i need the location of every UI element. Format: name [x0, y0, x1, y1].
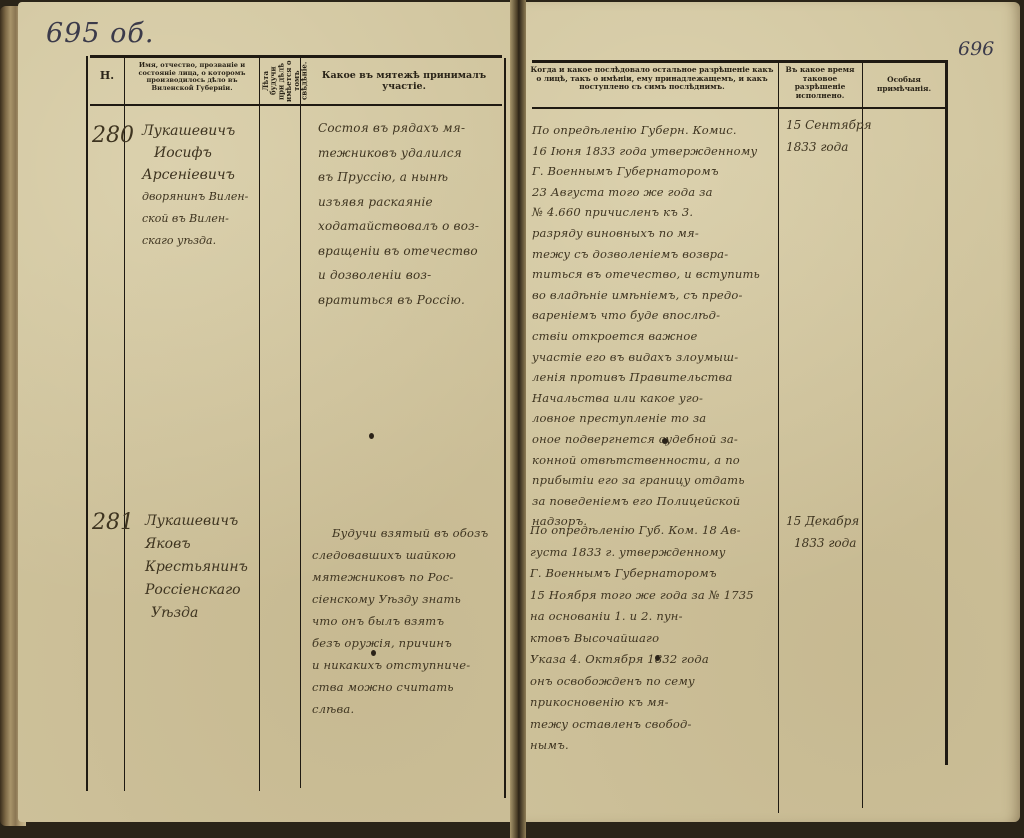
text-line: слѣва.	[312, 698, 488, 720]
header-name: Имя, отчество, прозваніе и состояніе лиц…	[127, 62, 257, 92]
left-border-line	[86, 56, 88, 791]
name-line: Иосифъ	[142, 142, 248, 164]
text-line: тежниковъ удалился	[318, 141, 479, 166]
entry-number: 281	[92, 512, 134, 534]
entry-participation: Будучи взятый въ обозъ следовавшихъ шайк…	[312, 522, 488, 720]
text-line: следовавшихъ шайкою	[312, 544, 488, 566]
text-line: 1833 года	[786, 136, 872, 158]
col-divider-name-years	[259, 58, 260, 791]
name-line: ской въ Вилен-	[142, 208, 248, 230]
name-line: Лукашевичъ	[145, 510, 248, 533]
right-folio-number: 696	[958, 38, 994, 60]
name-line: Крестьянинъ	[145, 556, 248, 579]
left-outer-line	[504, 58, 506, 798]
entry-executed-date: 15 Декабря 1833 года	[786, 510, 859, 554]
text-line: ствіи откроется важное	[532, 326, 760, 347]
book-gutter	[510, 0, 526, 838]
text-line: Начальства или какое уго-	[532, 388, 760, 409]
left-folio-number: 695 об.	[46, 18, 154, 49]
name-line: Арсеніевичъ	[142, 164, 248, 186]
text-line: прикосновенію къ мя-	[530, 692, 754, 714]
name-line: Яковъ	[145, 533, 248, 556]
entry-participation: Состоя въ рядахъ мя- тежниковъ удалился …	[318, 116, 479, 312]
text-line: нымъ.	[530, 735, 754, 757]
text-line: прибытіи его за границу отдать	[532, 470, 760, 491]
name-line: Лукашевичъ	[142, 120, 248, 142]
text-line: разряду виновныхъ по мя-	[532, 223, 760, 244]
text-line: вареніемъ что буде впослѣд-	[532, 305, 760, 326]
text-line: ловное преступленіе то за	[532, 408, 760, 429]
text-line: ленія противъ Правительства	[532, 367, 760, 388]
entry-executed-date: 15 Сентября 1833 года	[786, 114, 872, 158]
right-border-line	[945, 60, 948, 765]
name-line: скаго уѣзда.	[142, 230, 248, 252]
name-line: Уѣзда	[145, 602, 248, 625]
text-line: и дозволеніи воз-	[318, 263, 479, 288]
text-line: 15 Сентября	[786, 114, 872, 136]
text-line: густа 1833 г. утвержденному	[530, 542, 754, 564]
text-line: участіе его въ видахъ злоумыш-	[532, 347, 760, 368]
text-line: № 4.660 причисленъ къ 3.	[532, 202, 760, 223]
text-line: въ Пруссію, а нынѣ	[318, 165, 479, 190]
entry-resolution: По опредѣленію Губ. Ком. 18 Ав- густа 18…	[530, 520, 754, 757]
right-header-bottom-rule	[532, 107, 947, 109]
ledger-spread: 695 об. Н. Имя, отчество, прозваніе и со…	[0, 0, 1024, 838]
text-line: 16 Іюня 1833 года утвержденному	[532, 141, 760, 162]
text-line: 1833 года	[786, 532, 859, 554]
ink-blot	[369, 433, 374, 439]
text-line: и никакихъ отступниче-	[312, 654, 488, 676]
text-line: Будучи взятый въ обозъ	[312, 522, 488, 544]
text-line: Состоя въ рядахъ мя-	[318, 116, 479, 141]
col-divider-exec-remarks	[862, 63, 863, 808]
text-line: изъявя раскаяніе	[318, 190, 479, 215]
text-line: конной отвѣтственности, а по	[532, 450, 760, 471]
text-line: 15 Ноября того же года за № 1735	[530, 585, 754, 607]
header-participation: Какое въ мятежѣ принималъ участіе.	[305, 71, 503, 93]
text-line: ходатайствовалъ о воз-	[318, 214, 479, 239]
text-line: онъ освобожденъ по сему	[530, 671, 754, 693]
text-line: ктовъ Высочайшаго	[530, 628, 754, 650]
name-line: дворянинъ Вилен-	[142, 186, 248, 208]
text-line: 15 Декабря	[786, 510, 859, 532]
text-line: тежу съ дозволеніемъ возвра-	[532, 244, 760, 265]
ink-blot	[655, 655, 660, 661]
entry-resolution: По опредѣленію Губерн. Комис. 16 Іюня 18…	[532, 120, 760, 532]
text-line: вратиться въ Россію.	[318, 288, 479, 313]
text-line: что онъ былъ взятъ	[312, 610, 488, 632]
header-executed: Въ какое время таковое разрѣшеніе исполн…	[780, 66, 860, 100]
name-line: Россіенскаго	[145, 579, 248, 602]
col-divider-res-exec	[778, 63, 779, 813]
text-line: во владѣніе имѣніемъ, съ предо-	[532, 285, 760, 306]
text-line: на основаніи 1. и 2. пун-	[530, 606, 754, 628]
entry-name: Лукашевичъ Яковъ Крестьянинъ Россіенскаг…	[145, 510, 248, 625]
text-line: за поведеніемъ его Полицейской	[532, 491, 760, 512]
text-line: По опредѣленію Губерн. Комис.	[532, 120, 760, 141]
text-line: сіенскому Уѣзду знать	[312, 588, 488, 610]
text-line: мятежниковъ по Рос-	[312, 566, 488, 588]
text-line: Г. Военнымъ Губернаторомъ	[532, 161, 760, 182]
col-divider-no-name	[124, 58, 125, 791]
header-remarks: Особыя примѣчанія.	[864, 76, 944, 93]
text-line: По опредѣленію Губ. Ком. 18 Ав-	[530, 520, 754, 542]
left-header-bottom-rule	[90, 104, 502, 106]
text-line: безъ оружія, причинъ	[312, 632, 488, 654]
header-no: Н.	[92, 70, 122, 83]
right-header-top-rule	[532, 60, 947, 63]
header-years: Лѣта будучи при дѣлѣ имѣется о томъ свѣд…	[262, 60, 298, 102]
text-line: Указа 4. Октября 1832 года	[530, 649, 754, 671]
left-header-top-rule	[90, 55, 502, 58]
header-resolution: Когда и какое послѣдовало остальное разр…	[528, 66, 776, 92]
text-line: вращеніи въ отечество	[318, 239, 479, 264]
text-line: 23 Августа того же года за	[532, 182, 760, 203]
ink-blot	[371, 650, 376, 656]
text-line: оное подвергнется судебной за-	[532, 429, 760, 450]
entry-name: Лукашевичъ Иосифъ Арсеніевичъ дворянинъ …	[142, 120, 248, 252]
ink-blot	[662, 438, 668, 444]
text-line: ства можно считать	[312, 676, 488, 698]
col-divider-years-part	[300, 58, 301, 788]
text-line: Г. Военнымъ Губернаторомъ	[530, 563, 754, 585]
entry-number: 280	[92, 125, 134, 147]
text-line: тежу оставленъ свобод-	[530, 714, 754, 736]
text-line: титься въ отечество, и вступить	[532, 264, 760, 285]
